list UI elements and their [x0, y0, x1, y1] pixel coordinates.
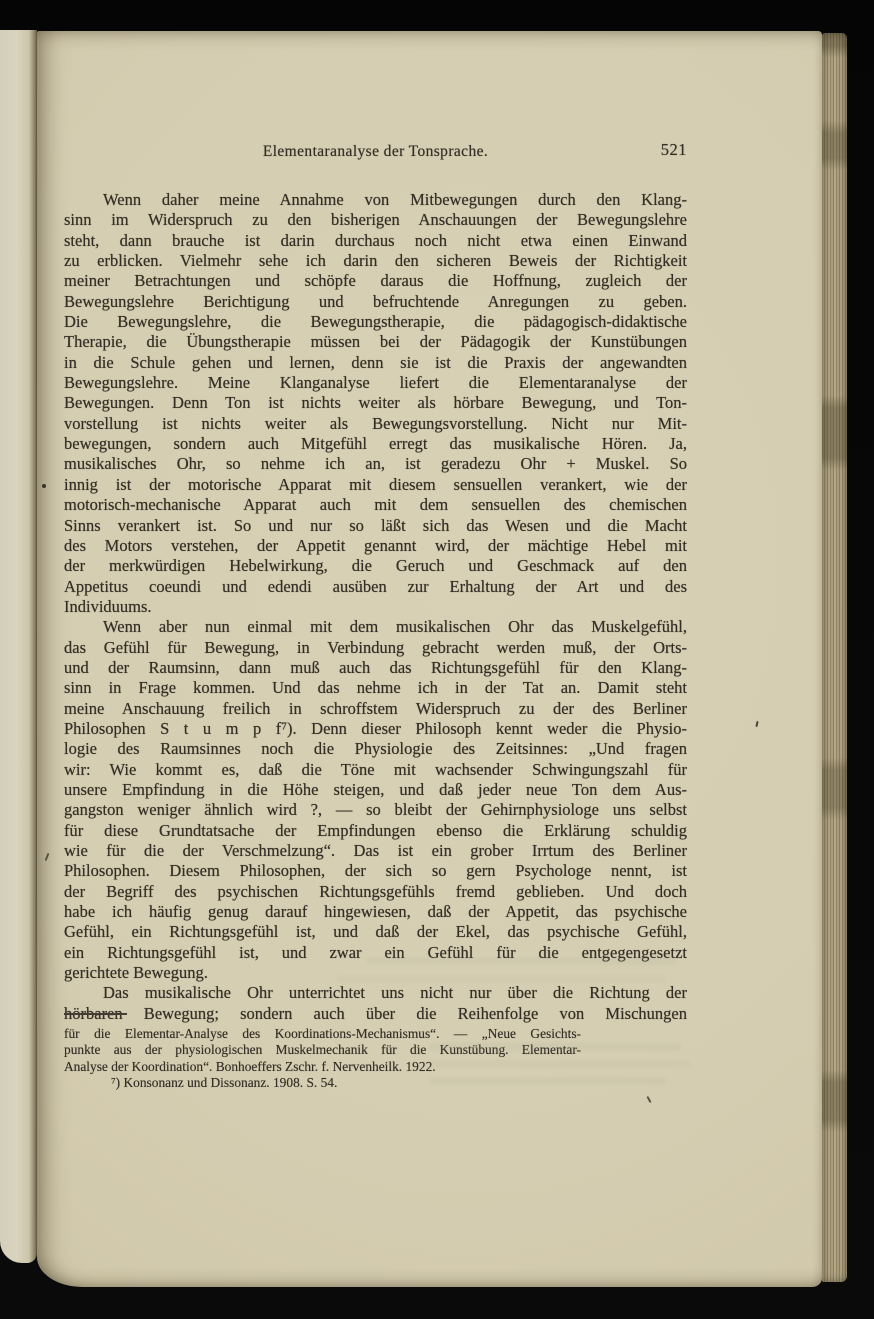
text-line: und der Raumsinn, dann muß auch das Rich… — [64, 658, 687, 678]
paragraph-3: Das musikalische Ohr unterrichtet uns ni… — [64, 983, 687, 1024]
ink-speck — [45, 853, 50, 861]
text-line: meine Anschauung freilich in schroffstem… — [64, 699, 687, 719]
text-line: für diese Grundtatsache der Empfindungen… — [64, 821, 687, 841]
text-line: habe ich häufig genug darauf hingewiesen… — [64, 902, 687, 922]
text-line: Philosophen. Diesem Philosophen, der sic… — [64, 861, 687, 881]
text-line: steht, dann brauche ist darin durchaus n… — [64, 231, 687, 251]
facing-page-edge — [0, 30, 37, 1263]
text-line: bewegungen, sondern auch Mitgefühl erreg… — [64, 434, 687, 454]
text-line: Therapie, die Übungstherapie müssen bei … — [64, 332, 687, 352]
text-line: Bewegungen. Denn Ton ist nichts weiter a… — [64, 393, 687, 413]
text-line: das Gefühl für Bewegung, in Verbindung g… — [64, 638, 687, 658]
text-line: Gefühl, ein Richtungsgefühl ist, und daß… — [64, 922, 687, 942]
text-line: der merkwürdigen Hebelwirkung, die Geruc… — [64, 556, 687, 576]
page-number: 521 — [661, 140, 687, 160]
ghost-text-smudge — [367, 957, 677, 965]
running-header-title: Elementaranalyse der Tonsprache. — [64, 142, 687, 162]
text-line: Bewegungslehre Berichtigung und befrucht… — [64, 292, 687, 312]
text-line: Wenn daher meine Annahme von Mitbewegung… — [64, 190, 687, 210]
page-edge-stack — [822, 33, 847, 1282]
ink-speck — [646, 1096, 651, 1103]
body-text: Wenn daher meine Annahme von Mitbewegung… — [64, 190, 687, 1024]
text-line: sinn in Frage kommen. Und das nehme ich … — [64, 678, 687, 698]
text-line: hörbaren Bewegung; sondern auch über die… — [64, 1004, 687, 1024]
text-line: Appetitus coeundi und edendi ausüben zur… — [64, 577, 687, 597]
text-line: Die Bewegungslehre, die Bewegungstherapi… — [64, 312, 687, 332]
text-line: wir: Wie kommt es, daß die Töne mit wach… — [64, 760, 687, 780]
text-line: für die Elementar-Analyse des Koordinati… — [64, 1026, 581, 1042]
text-line: gangston weniger ähnlich wird ?, — so bl… — [64, 800, 687, 820]
text-line: motorisch-mechanische Apparat auch mit d… — [64, 495, 687, 515]
paragraph-2: Wenn aber nun einmal mit dem musikalisch… — [64, 617, 687, 983]
text-line: musikalisches Ohr, so nehme ich an, ist … — [64, 454, 687, 474]
text-line: meiner Betrachtungen und schöpfe daraus … — [64, 271, 687, 291]
text-line: innig ist der motorische Apparat mit die… — [64, 475, 687, 495]
ghost-text-smudge — [337, 975, 667, 983]
text-line: Philosophen S t u m p f⁷). Denn dieser P… — [64, 719, 687, 739]
text-line: unsere Empfindung in die Höhe steigen, u… — [64, 780, 687, 800]
ghost-text-smudge — [429, 1043, 681, 1051]
ink-speck — [755, 721, 758, 727]
book-scan: Elementaranalyse der Tonsprache. 521 Wen… — [0, 0, 874, 1319]
text-line: Das musikalische Ohr unterrichtet uns ni… — [64, 983, 687, 1003]
text-line: Sinns verankert ist. So und nur so läßt … — [64, 516, 687, 536]
book-page: Elementaranalyse der Tonsprache. 521 Wen… — [37, 31, 822, 1287]
ink-speck — [42, 484, 46, 488]
footnote-separator — [64, 1013, 127, 1015]
text-line: sinn im Widerspruch zu den bisherigen An… — [64, 210, 687, 230]
text-line: in die Schule gehen und lernen, denn sie… — [64, 353, 687, 373]
text-line: Individuums. — [64, 597, 687, 617]
text-line: Bewegungslehre. Meine Klanganalyse liefe… — [64, 373, 687, 393]
text-line: zu erblicken. Vielmehr sehe ich darin de… — [64, 251, 687, 271]
paragraph-1: Wenn daher meine Annahme von Mitbewegung… — [64, 190, 687, 617]
text-line: des Motors verstehen, der Appetit genann… — [64, 536, 687, 556]
running-header: Elementaranalyse der Tonsprache. 521 — [64, 142, 687, 162]
text-line: vorstellung ist nichts weiter als Bewegu… — [64, 414, 687, 434]
text-line: logie des Raumsinnes noch die Physiologi… — [64, 739, 687, 759]
text-line: der Begriff des psychischen Richtungsgef… — [64, 882, 687, 902]
ghost-text-smudge — [429, 1060, 691, 1068]
text-line: Wenn aber nun einmal mit dem musikalisch… — [64, 617, 687, 637]
ghost-text-smudge — [429, 1077, 667, 1085]
text-line: wie für die der Verschmelzung“. Das ist … — [64, 841, 687, 861]
